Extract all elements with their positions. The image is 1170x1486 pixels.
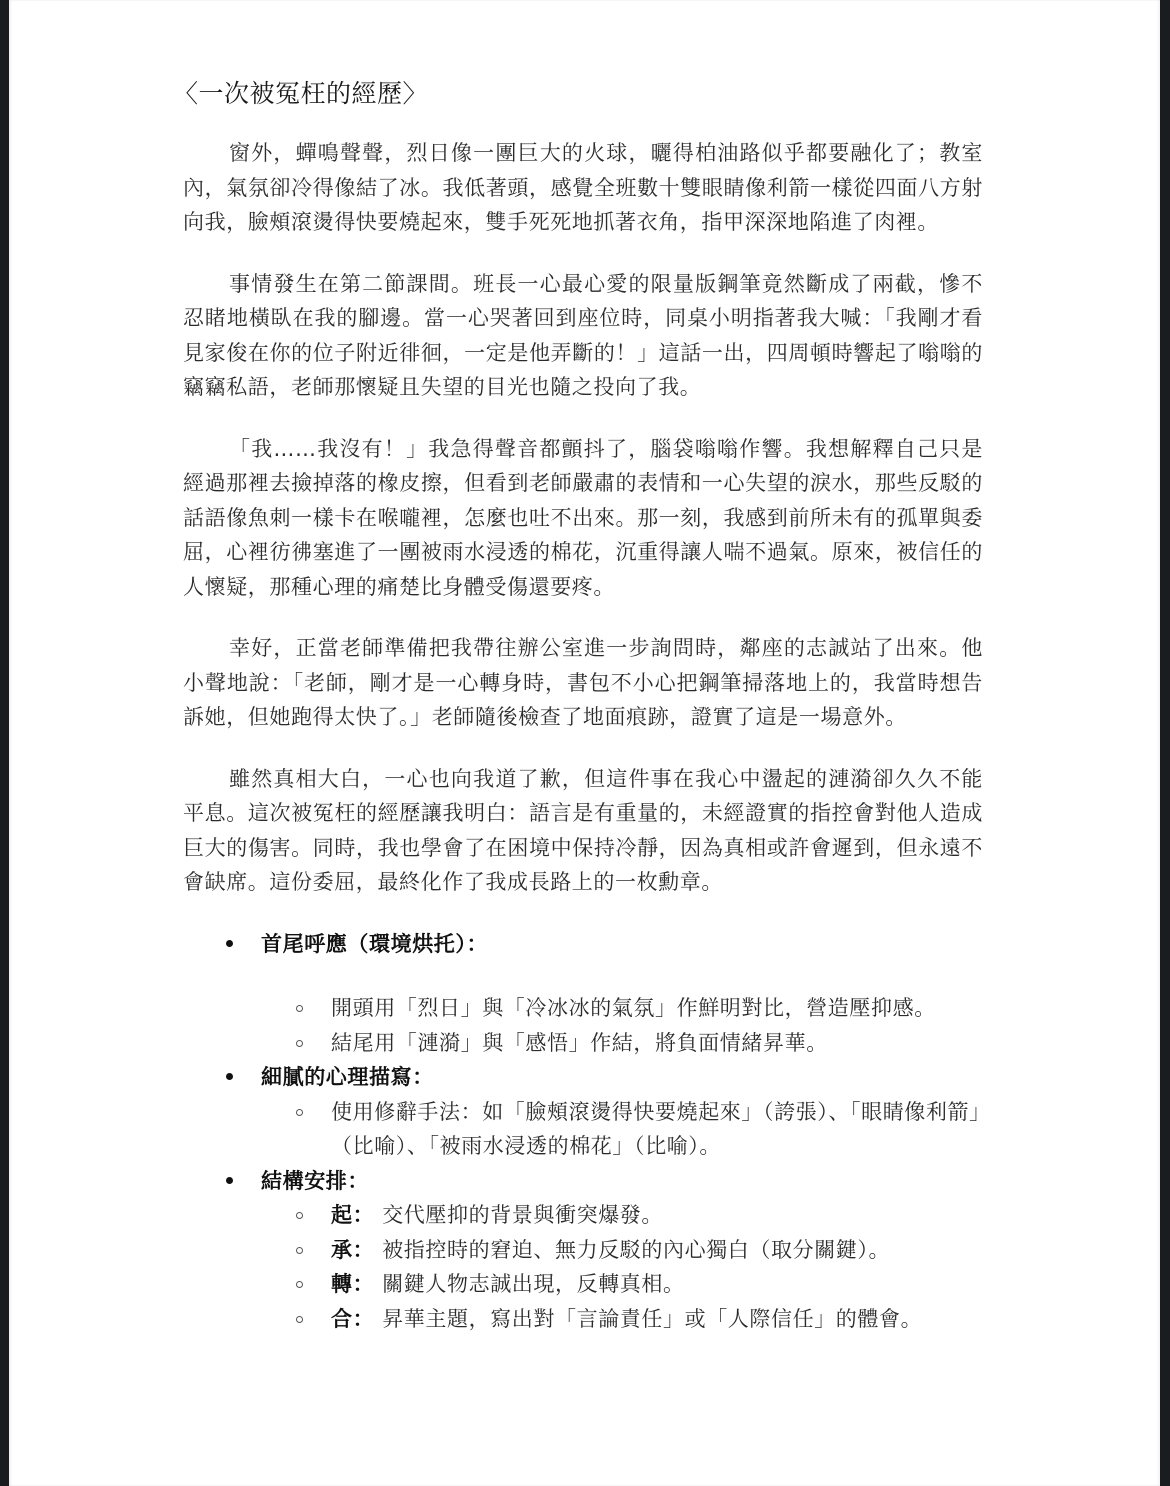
analysis-subitem: 結尾用「漣漪」與「感悟」作結，將負面情緒昇華。 <box>261 1026 983 1061</box>
analysis-subitem: 合：昇華主題，寫出對「言論責任」或「人際信任」的體會。 <box>261 1302 983 1337</box>
analysis-sublist: 開頭用「烈日」與「冷冰冰的氣氛」作鮮明對比，營造壓抑感。 結尾用「漣漪」與「感悟… <box>261 991 983 1060</box>
document-page: 〈一次被冤枉的經歷〉 窗外，蟬鳴聲聲，烈日像一團巨大的火球，曬得柏油路似乎都要融… <box>9 0 1160 1486</box>
document-viewer: 〈一次被冤枉的經歷〉 窗外，蟬鳴聲聲，烈日像一團巨大的火球，曬得柏油路似乎都要融… <box>0 0 1170 1486</box>
subitem-text: 開頭用「烈日」與「冷冰冰的氣氛」作鮮明對比，營造壓抑感。 <box>331 996 936 1020</box>
analysis-sublist: 起：交代壓抑的背景與衝突爆發。 承：被指控時的窘迫、無力反駁的內心獨白（取分關鍵… <box>261 1198 983 1336</box>
circle-bullet-icon <box>296 1005 303 1012</box>
bullet-icon <box>226 1177 233 1184</box>
circle-bullet-icon <box>296 1212 303 1219</box>
analysis-heading: 細膩的心理描寫： <box>261 1065 434 1089</box>
page-content: 〈一次被冤枉的經歷〉 窗外，蟬鳴聲聲，烈日像一團巨大的火球，曬得柏油路似乎都要融… <box>183 74 983 1336</box>
structure-key: 承： <box>331 1238 374 1262</box>
analysis-subitem: 轉：關鍵人物志誠出現，反轉真相。 <box>261 1267 983 1302</box>
analysis-subitem: 承：被指控時的窘迫、無力反駁的內心獨白（取分關鍵）。 <box>261 1233 983 1268</box>
analysis-item: 首尾呼應（環境烘托）： 開頭用「烈日」與「冷冰冰的氣氛」作鮮明對比，營造壓抑感。… <box>183 927 983 1061</box>
analysis-sublist: 使用修辭手法：如「臉頰滾燙得快要燒起來」（誇張）、「眼睛像利箭」（比喻）、「被雨… <box>261 1095 983 1164</box>
analysis-heading: 首尾呼應（環境烘托）： <box>261 927 983 962</box>
paragraph-3: 「我……我沒有！」我急得聲音都顫抖了，腦袋嗡嗡作響。我想解釋自己只是經過那裡去撿… <box>183 432 983 605</box>
analysis-subitem: 開頭用「烈日」與「冷冰冰的氣氛」作鮮明對比，營造壓抑感。 <box>261 991 983 1026</box>
circle-bullet-icon <box>296 1247 303 1254</box>
subitem-text: 結尾用「漣漪」與「感悟」作結，將負面情緒昇華。 <box>331 1031 828 1055</box>
analysis-subitem: 起：交代壓抑的背景與衝突爆發。 <box>261 1198 983 1233</box>
paragraph-2: 事情發生在第二節課間。班長一心最心愛的限量版鋼筆竟然斷成了兩截，慘不忍睹地橫臥在… <box>183 267 983 405</box>
circle-bullet-icon <box>296 1109 303 1116</box>
paragraph-4: 幸好，正當老師準備把我帶往辦公室進一步詢問時，鄰座的志誠站了出來。他小聲地說：「… <box>183 631 983 735</box>
structure-key: 起： <box>331 1203 374 1227</box>
circle-bullet-icon <box>296 1040 303 1047</box>
analysis-heading: 結構安排： <box>261 1169 369 1193</box>
analysis-item: 細膩的心理描寫： 使用修辭手法：如「臉頰滾燙得快要燒起來」（誇張）、「眼睛像利箭… <box>183 1060 983 1164</box>
structure-key: 轉： <box>331 1272 374 1296</box>
subitem-text: 被指控時的窘迫、無力反駁的內心獨白（取分關鍵）。 <box>382 1238 890 1262</box>
bullet-icon <box>226 1073 233 1080</box>
paragraph-1: 窗外，蟬鳴聲聲，烈日像一團巨大的火球，曬得柏油路似乎都要融化了；教室內，氣氛卻冷… <box>183 136 983 240</box>
subitem-text: 使用修辭手法：如「臉頰滾燙得快要燒起來」（誇張）、「眼睛像利箭」（比喻）、「被雨… <box>331 1100 980 1159</box>
circle-bullet-icon <box>296 1316 303 1323</box>
structure-key: 合： <box>331 1307 374 1331</box>
bullet-icon <box>226 940 233 947</box>
paragraph-5: 雖然真相大白，一心也向我道了歉，但這件事在我心中盪起的漣漪卻久久不能平息。這次被… <box>183 762 983 900</box>
subitem-text: 關鍵人物志誠出現，反轉真相。 <box>382 1272 684 1296</box>
analysis-subitem: 使用修辭手法：如「臉頰滾燙得快要燒起來」（誇張）、「眼睛像利箭」（比喻）、「被雨… <box>261 1095 983 1164</box>
subitem-text: 交代壓抑的背景與衝突爆發。 <box>382 1203 663 1227</box>
subitem-text: 昇華主題，寫出對「言論責任」或「人際信任」的體會。 <box>382 1307 922 1331</box>
analysis-item: 結構安排： 起：交代壓抑的背景與衝突爆發。 承：被指控時的窘迫、無力反駁的內心獨… <box>183 1164 983 1337</box>
analysis-list: 首尾呼應（環境烘托）： 開頭用「烈日」與「冷冰冰的氣氛」作鮮明對比，營造壓抑感。… <box>183 927 983 1337</box>
page-title: 〈一次被冤枉的經歷〉 <box>173 74 983 114</box>
circle-bullet-icon <box>296 1281 303 1288</box>
